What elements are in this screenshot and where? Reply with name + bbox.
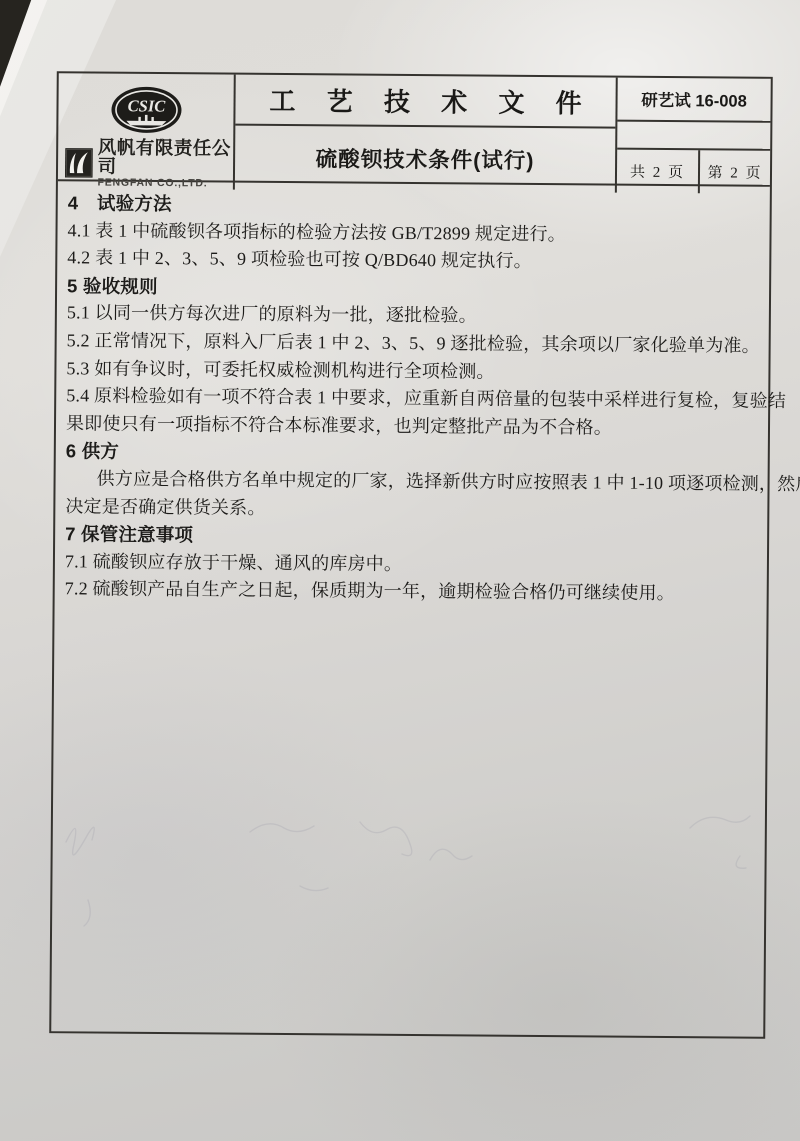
doc-number: 研艺试 16-008	[617, 78, 770, 123]
doc-line: 4.2 表 1 中 2、3、5、9 项检验也可按 Q/BD640 规定执行。	[67, 244, 769, 277]
empty-header-cell	[617, 122, 770, 151]
doc-number-column: 研艺试 16-008 共 2 页 第 2 页	[615, 78, 771, 194]
document-header: CSIC 风帆有限责任公司 FENGFAN CO.,LTD	[58, 73, 771, 187]
page-current: 第 2 页	[698, 150, 770, 193]
pages-total: 共 2 页	[617, 150, 698, 193]
company-name-cn: 风帆有限责任公司	[98, 139, 234, 177]
company-logo-cell: CSIC 风帆有限责任公司 FENGFAN CO.,LTD	[58, 73, 236, 189]
company-name-en: FENGFAN CO.,LTD.	[97, 178, 232, 190]
csic-logo-icon: CSIC	[109, 85, 183, 136]
title-column: 工 艺 技 术 文 件 硫酸钡技术条件(试行)	[235, 75, 616, 192]
scanned-page: CSIC 风帆有限责任公司 FENGFAN CO.,LTD	[0, 0, 800, 1141]
csic-logo-text: CSIC	[127, 96, 166, 115]
document-table: CSIC 风帆有限责任公司 FENGFAN CO.,LTD	[49, 71, 773, 1039]
document-body: 4 试验方法 4.1 表 1 中硫酸钡各项指标的检验方法按 GB/T2899 规…	[55, 181, 770, 608]
fengfan-logo-icon	[65, 147, 93, 180]
doc-type-title: 工 艺 技 术 文 件	[235, 75, 615, 129]
doc-line: 7.2 硫酸钡产品自生产之日起，保质期为一年，逾期检验合格仍可继续使用。	[65, 576, 767, 609]
pages-row: 共 2 页 第 2 页	[617, 150, 770, 194]
doc-title: 硫酸钡技术条件(试行)	[235, 126, 615, 192]
